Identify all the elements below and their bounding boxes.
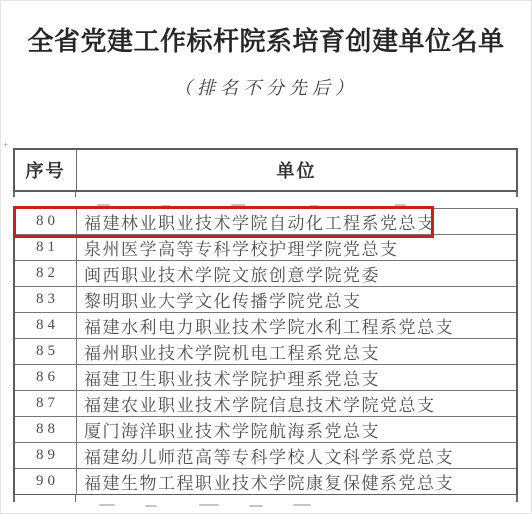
table-seam [13,192,518,208]
row-index-cell: 88 [15,417,77,442]
row-unit-cell: 闽西职业技术学院文旅创意学院党委 [77,261,516,286]
row-unit-cell: 厦门海洋职业技术学院航海系党总支 [77,417,516,442]
scan-remnant [199,504,219,506]
seam-separator-line [75,192,76,197]
row-unit-cell: 福州职业技术学院机电工程系党总支 [77,339,516,364]
unit-table: 序号 单位 80 福建林业职业技术学院自动化工程系党总支 81 泉州医学高等专科… [13,148,518,512]
scan-artifact: + [3,143,7,147]
tail-left-line [13,495,15,502]
table-row: 80 福建林业职业技术学院自动化工程系党总支 [15,209,516,235]
page-frame: { "page": { "title": "全省党建工作标杆院系培育创建单位名单… [0,0,532,514]
scan-remnant [231,204,245,206]
table-row: 85 福州职业技术学院机电工程系党总支 [15,339,516,365]
tail-right-line [516,495,518,502]
table-body: 80 福建林业职业技术学院自动化工程系党总支 81 泉州医学高等专科学校护理学院… [13,208,518,495]
scan-remnant [395,204,406,206]
row-unit-cell: 黎明职业大学文化传播学院党总支 [77,287,516,312]
table-row: 89 福建幼儿师范高等专科学校人文科学系党总支 [15,443,516,469]
row-index-cell: 81 [15,235,77,260]
row-unit-cell: 福建幼儿师范高等专科学校人文科学系党总支 [77,443,516,468]
row-index-cell: 82 [15,261,77,286]
table-row: 84 福建水利电力职业技术学院水利工程系党总支 [15,313,516,339]
row-index-cell: 80 [15,209,77,234]
row-unit-cell: 福建生物工程职业技术学院康复保健系党总支 [77,469,516,494]
scan-remnant [309,205,319,207]
header-cell-index: 序号 [15,150,77,190]
table-row: 83 黎明职业大学文化传播学院党总支 [15,287,516,313]
table-tail [13,495,518,512]
scan-remnant [97,204,110,206]
table-row: 90 福建生物工程职业技术学院康复保健系党总支 [15,469,516,495]
row-index-cell: 90 [15,469,77,494]
table-row: 81 泉州医学高等专科学校护理学院党总支 [15,235,516,261]
table-row: 87 福建农业职业技术学院信息技术学院党总支 [15,391,516,417]
row-index-cell: 89 [15,443,77,468]
row-index-cell: 83 [15,287,77,312]
tail-separator-line [75,495,76,502]
table-header-row: 序号 单位 [13,148,518,192]
row-unit-cell: 福建水利电力职业技术学院水利工程系党总支 [77,313,516,338]
table-row: 86 福建卫生职业技术学院护理系党总支 [15,365,516,391]
scan-remnant [293,504,311,506]
header-unit-label: 单位 [277,157,317,183]
row-index-cell: 86 [15,365,77,390]
scan-remnant [145,505,157,507]
page-subtitle: （排名不分先后） [1,77,531,100]
table-row: 88 厦门海洋职业技术学院航海系党总支 [15,417,516,443]
scan-remnant [99,504,115,506]
scan-remnant [249,505,263,507]
seam-right-line [516,192,518,197]
row-index-cell: 87 [15,391,77,416]
scan-remnant [161,205,171,207]
row-unit-cell: 福建林业职业技术学院自动化工程系党总支 [77,209,516,234]
table-row: 82 闽西职业技术学院文旅创意学院党委 [15,261,516,287]
row-index-cell: 85 [15,339,77,364]
header-index-label: 序号 [26,157,66,183]
seam-left-line [13,192,15,197]
page-title: 全省党建工作标杆院系培育创建单位名单 [9,25,523,58]
row-index-cell: 84 [15,313,77,338]
row-unit-cell: 泉州医学高等专科学校护理学院党总支 [77,235,516,260]
row-unit-cell: 福建农业职业技术学院信息技术学院党总支 [77,391,516,416]
row-unit-cell: 福建卫生职业技术学院护理系党总支 [77,365,516,390]
header-cell-unit: 单位 [77,150,516,190]
